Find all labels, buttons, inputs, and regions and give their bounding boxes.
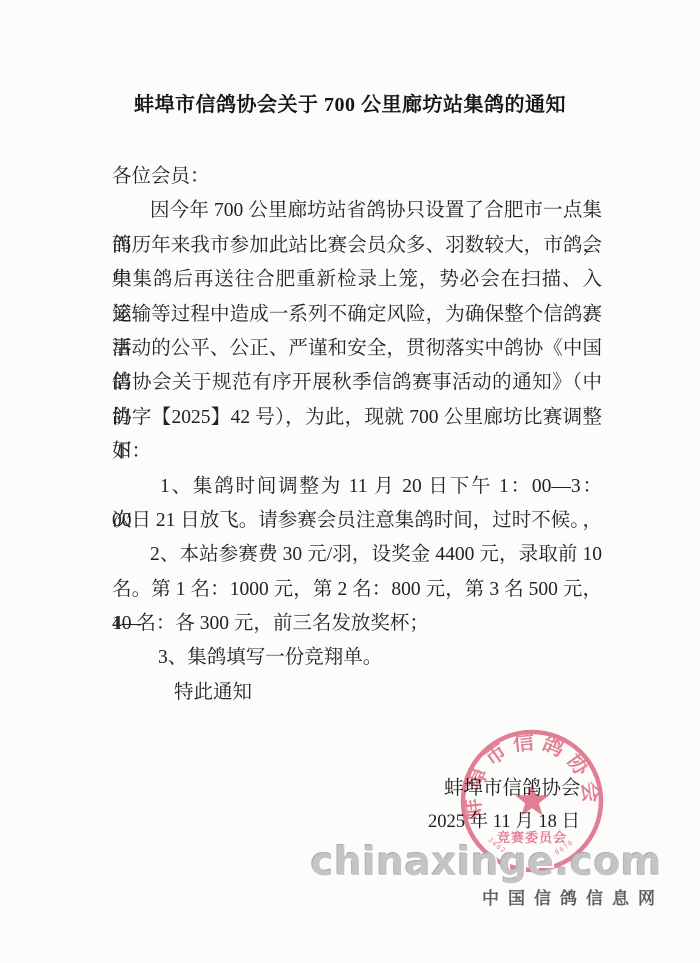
watermark-tagline: 中国信鸽信息网 bbox=[482, 884, 664, 909]
body-line: 而历年来我市参加此站比赛会员众多、羽数较大，市鸽会集 bbox=[112, 229, 602, 263]
body-line: 因今年 700 公里廊坊站省鸽协只设置了合肥市一点集鸽， bbox=[112, 194, 602, 228]
watermark-domain: chinaxinge.com bbox=[311, 840, 662, 885]
document-body: 各位会员： 因今年 700 公里廊坊站省鸽协只设置了合肥市一点集鸽，而历年来我市… bbox=[112, 160, 602, 710]
document-page: 蚌埠市信鸽协会关于 700 公里廊坊站集鸽的通知 各位会员： 因今年 700 公… bbox=[0, 0, 700, 963]
body-line: 鸽协会关于规范有序开展秋季信鸽赛事活动的通知》（中鸽 bbox=[112, 366, 602, 400]
body-line: 次日 21 日放飞。请参赛会员注意集鸽时间，过时不候。 bbox=[112, 504, 602, 538]
signature-date: 2025 年 11 月 18 日 bbox=[428, 807, 580, 833]
body-lines: 因今年 700 公里廊坊站省鸽协只设置了合肥市一点集鸽，而历年来我市参加此站比赛… bbox=[112, 194, 602, 710]
body-line: 1、集鸽时间调整为 11 月 20 日下午 1：00—3：00， bbox=[112, 470, 602, 504]
body-line: 3、集鸽填写一份竞翔单。 bbox=[112, 641, 602, 675]
body-line: 10 名：各 300 元，前三名发放奖杯； bbox=[112, 607, 602, 641]
body-line: 2、本站参赛费 30 元/羽，设奖金 4400 元，录取前 10 bbox=[112, 538, 602, 572]
body-line: 下： bbox=[112, 435, 602, 469]
body-line: 特此通知 bbox=[112, 676, 602, 710]
salutation: 各位会员： bbox=[112, 160, 602, 194]
document-title: 蚌埠市信鸽协会关于 700 公里廊坊站集鸽的通知 bbox=[0, 88, 700, 117]
signature-org: 蚌埠市信鸽协会 bbox=[444, 772, 581, 800]
body-line: 协字【2025】42 号），为此，现就 700 公里廊坊比赛调整如 bbox=[112, 401, 602, 435]
body-line: 活动的公平、公正、严谨和安全，贯彻落实中鸽协《中国信 bbox=[112, 332, 602, 366]
body-line: 名。第 1 名：1000 元，第 2 名：800 元，第 3 名 500 元，4… bbox=[112, 573, 602, 607]
body-line: 运输等过程中造成一系列不确定风险，为确保整个信鸽赛事 bbox=[112, 298, 602, 332]
body-line: 中集鸽后再送往合肥重新检录上笼，势必会在扫描、入笼、 bbox=[112, 263, 602, 297]
